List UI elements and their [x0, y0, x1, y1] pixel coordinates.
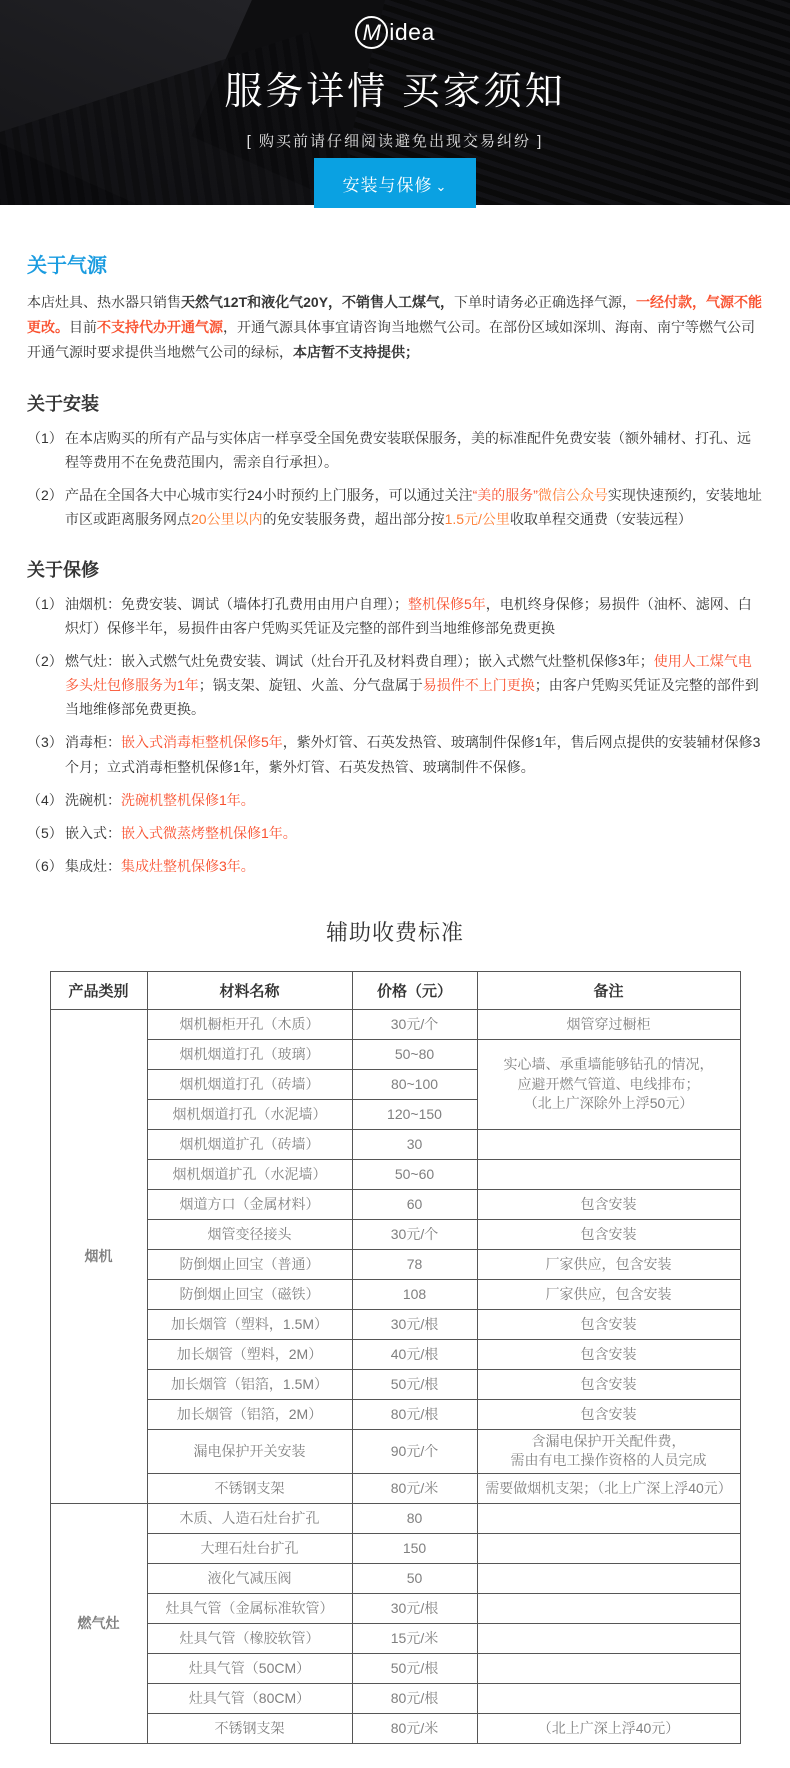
- list-item-text: 油烟机：免费安装、调试（墙体打孔费用由用户自理）；整机保修5年，电机终身保修；易…: [65, 592, 763, 640]
- text-segment: 在本店购买的所有产品与实体店一样享受全国免费安装联保服务，美的标准配件免费安装（…: [65, 430, 751, 470]
- section-heading-gas-source: 关于气源: [27, 249, 763, 278]
- list-item-text: 燃气灶：嵌入式燃气灶免费安装、调试（灶台开孔及材料费自理）；嵌入式燃气灶整机保修…: [65, 649, 763, 721]
- table-row: 烟道方口（金属材料）60包含安装: [50, 1189, 740, 1219]
- table-row: 烟机烟道扩孔（水泥墙）50~60: [50, 1159, 740, 1189]
- text-segment: 产品在全国各大中心城市实行24小时预约上门服务，可以通过关注: [65, 487, 473, 503]
- material-cell: 加长烟管（塑料，2M）: [147, 1339, 352, 1369]
- price-cell: 80元/米: [352, 1474, 477, 1504]
- price-cell: 50元/根: [352, 1654, 477, 1684]
- list-item: （5）嵌入式：嵌入式微蒸烤整机保修1年。: [27, 821, 763, 845]
- install-list: （1）在本店购买的所有产品与实体店一样享受全国免费安装联保服务，美的标准配件免费…: [27, 426, 763, 531]
- price-cell: 80~100: [352, 1069, 477, 1099]
- price-cell: 40元/根: [352, 1339, 477, 1369]
- gas-source-paragraph: 本店灶具、热水器只销售天然气12T和液化气20Y，不销售人工煤气，下单时请务必正…: [27, 290, 763, 365]
- page-title: 服务详情 买家须知: [0, 60, 790, 115]
- text-segment: 本店灶具、热水器只销售: [27, 294, 181, 310]
- text-segment: “美的服务”: [473, 487, 538, 503]
- material-cell: 灶具气管（80CM）: [147, 1684, 352, 1714]
- table-row: 液化气减压阀50: [50, 1564, 740, 1594]
- text-segment: 嵌入式微蒸烤整机保修1年。: [121, 825, 297, 841]
- table-row: 灶具气管（橡胶软管）15元/米: [50, 1624, 740, 1654]
- text-segment: 收取单程交通费（安装远程）: [510, 511, 692, 527]
- list-item-number: （1）: [27, 426, 65, 474]
- text-segment: 嵌入式：: [65, 825, 121, 841]
- table-row: 不锈钢支架80元/米需要做烟机支架；（北上广深上浮40元）: [50, 1474, 740, 1504]
- fee-table-title: 辅助收费标准: [27, 916, 763, 947]
- note-cell: 包含安装: [477, 1219, 740, 1249]
- price-cell: 90元/个: [352, 1429, 477, 1473]
- note-cell: 厂家供应，包含安装: [477, 1249, 740, 1279]
- table-row: 灶具气管（50CM）50元/根: [50, 1654, 740, 1684]
- material-cell: 烟机烟道打孔（玻璃）: [147, 1039, 352, 1069]
- material-cell: 液化气减压阀: [147, 1564, 352, 1594]
- text-segment: 天然气12T和液化气20Y，: [181, 294, 342, 310]
- material-cell: 灶具气管（50CM）: [147, 1654, 352, 1684]
- price-cell: 30: [352, 1129, 477, 1159]
- list-item-number: （4）: [27, 788, 65, 812]
- text-segment: 1.5元/公里: [445, 511, 510, 527]
- price-cell: 30元/个: [352, 1219, 477, 1249]
- table-row: 防倒烟止回宝（普通）78厂家供应，包含安装: [50, 1249, 740, 1279]
- price-cell: 80: [352, 1504, 477, 1534]
- warranty-list: （1）油烟机：免费安装、调试（墙体打孔费用由用户自理）；整机保修5年，电机终身保…: [27, 592, 763, 878]
- text-segment: 下单时请务必正确选择气源，: [454, 294, 636, 310]
- note-cell: [477, 1594, 740, 1624]
- material-cell: 烟机烟道扩孔（水泥墙）: [147, 1159, 352, 1189]
- table-header-row: 产品类别 材料名称 价格（元） 备注: [50, 971, 740, 1009]
- midea-logo-mark-icon: M: [355, 16, 388, 49]
- list-item-number: （3）: [27, 730, 65, 778]
- content-area: 关于气源 本店灶具、热水器只销售天然气12T和液化气20Y，不销售人工煤气，下单…: [0, 205, 790, 1768]
- note-cell: 包含安装: [477, 1309, 740, 1339]
- price-cell: 80元/根: [352, 1399, 477, 1429]
- list-item: （1）油烟机：免费安装、调试（墙体打孔费用由用户自理）；整机保修5年，电机终身保…: [27, 592, 763, 640]
- note-cell: [477, 1129, 740, 1159]
- price-cell: 120~150: [352, 1099, 477, 1129]
- list-item: （1）在本店购买的所有产品与实体店一样享受全国免费安装联保服务，美的标准配件免费…: [27, 426, 763, 474]
- text-segment: 20公里以内: [191, 511, 263, 527]
- text-segment: 目前: [69, 319, 97, 335]
- material-cell: 木质、人造石灶台扩孔: [147, 1504, 352, 1534]
- price-cell: 30元/个: [352, 1009, 477, 1039]
- section-heading-warranty: 关于保修: [27, 556, 763, 582]
- price-cell: 50~60: [352, 1159, 477, 1189]
- list-item-text: 消毒柜：嵌入式消毒柜整机保修5年，紫外灯管、石英发热管、玻璃制件保修1年，售后网…: [65, 730, 763, 778]
- table-row: 灶具气管（80CM）80元/根: [50, 1684, 740, 1714]
- note-cell: 含漏电保护开关配件费， 需由有电工操作资格的人员完成: [477, 1429, 740, 1473]
- table-row: 漏电保护开关安装90元/个含漏电保护开关配件费， 需由有电工操作资格的人员完成: [50, 1429, 740, 1473]
- column-header-note: 备注: [477, 971, 740, 1009]
- material-cell: 加长烟管（塑料，1.5M）: [147, 1309, 352, 1339]
- table-row: 加长烟管（铝箔，1.5M）50元/根包含安装: [50, 1369, 740, 1399]
- list-item: （4）洗碗机：洗碗机整机保修1年。: [27, 788, 763, 812]
- table-row: 加长烟管（塑料，2M）40元/根包含安装: [50, 1339, 740, 1369]
- section-heading-install: 关于安装: [27, 390, 763, 416]
- fee-table: 产品类别 材料名称 价格（元） 备注 烟机烟机橱柜开孔（木质）30元/个烟管穿过…: [50, 971, 741, 1744]
- price-cell: 50: [352, 1564, 477, 1594]
- list-item: （3）消毒柜：嵌入式消毒柜整机保修5年，紫外灯管、石英发热管、玻璃制件保修1年，…: [27, 730, 763, 778]
- table-row: 烟机烟道打孔（玻璃）50~80实心墙、承重墙能够钻孔的情况， 应避开燃气管道、电…: [50, 1039, 740, 1069]
- midea-logo-text: idea: [389, 19, 434, 45]
- note-cell: （北上广深上浮40元）: [477, 1714, 740, 1744]
- material-cell: 加长烟管（铝箔，1.5M）: [147, 1369, 352, 1399]
- material-cell: 烟机烟道打孔（砖墙）: [147, 1069, 352, 1099]
- column-header-material: 材料名称: [147, 971, 352, 1009]
- material-cell: 防倒烟止回宝（普通）: [147, 1249, 352, 1279]
- material-cell: 烟道方口（金属材料）: [147, 1189, 352, 1219]
- note-cell: [477, 1624, 740, 1654]
- text-segment: ；锅支架、旋钮、火盖、分气盘属于: [199, 677, 423, 693]
- price-cell: 150: [352, 1534, 477, 1564]
- text-segment: 本店暂不支持提供；: [293, 344, 419, 360]
- material-cell: 大理石灶台扩孔: [147, 1534, 352, 1564]
- table-row: 烟机烟道扩孔（砖墙）30: [50, 1129, 740, 1159]
- note-cell: 包含安装: [477, 1189, 740, 1219]
- table-row: 大理石灶台扩孔150: [50, 1534, 740, 1564]
- install-warranty-tab-label: 安装与保修: [343, 176, 433, 195]
- price-cell: 50元/根: [352, 1369, 477, 1399]
- material-cell: 不锈钢支架: [147, 1474, 352, 1504]
- table-row: 燃气灶木质、人造石灶台扩孔80: [50, 1504, 740, 1534]
- text-segment: 洗碗机整机保修1年。: [121, 792, 255, 808]
- note-cell: [477, 1654, 740, 1684]
- table-row: 加长烟管（塑料，1.5M）30元/根包含安装: [50, 1309, 740, 1339]
- table-row: 不锈钢支架80元/米（北上广深上浮40元）: [50, 1714, 740, 1744]
- material-cell: 防倒烟止回宝（磁铁）: [147, 1279, 352, 1309]
- material-cell: 烟机烟道扩孔（砖墙）: [147, 1129, 352, 1159]
- category-cell: 燃气灶: [50, 1504, 147, 1744]
- note-cell: 包含安装: [477, 1399, 740, 1429]
- list-item: （6）集成灶：集成灶整机保修3年。: [27, 854, 763, 878]
- note-cell: [477, 1684, 740, 1714]
- price-cell: 15元/米: [352, 1624, 477, 1654]
- column-header-price: 价格（元）: [352, 971, 477, 1009]
- note-cell: 需要做烟机支架；（北上广深上浮40元）: [477, 1474, 740, 1504]
- table-row: 防倒烟止回宝（磁铁）108厂家供应，包含安装: [50, 1279, 740, 1309]
- fee-table-body: 烟机烟机橱柜开孔（木质）30元/个烟管穿过橱柜烟机烟道打孔（玻璃）50~80实心…: [50, 1009, 740, 1743]
- text-segment: 整机保修5年: [408, 596, 486, 612]
- midea-logo: Midea: [0, 15, 790, 49]
- text-segment: 燃气灶：嵌入式燃气灶免费安装、调试（灶台开孔及材料费自理）；嵌入式燃气灶整机保修…: [65, 653, 654, 669]
- price-cell: 108: [352, 1279, 477, 1309]
- price-cell: 50~80: [352, 1039, 477, 1069]
- category-cell: 烟机: [50, 1009, 147, 1503]
- note-cell: 包含安装: [477, 1369, 740, 1399]
- text-segment: 嵌入式消毒柜整机保修5年: [121, 734, 283, 750]
- material-cell: 烟机烟道打孔（水泥墙）: [147, 1099, 352, 1129]
- price-cell: 80元/根: [352, 1684, 477, 1714]
- list-item-number: （5）: [27, 821, 65, 845]
- install-warranty-tab-button[interactable]: 安装与保修⌄: [314, 158, 476, 208]
- table-row: 烟管变径接头30元/个包含安装: [50, 1219, 740, 1249]
- table-row: 烟机烟机橱柜开孔（木质）30元/个烟管穿过橱柜: [50, 1009, 740, 1039]
- text-segment: 集成灶：: [65, 858, 121, 874]
- list-item: （2）燃气灶：嵌入式燃气灶免费安装、调试（灶台开孔及材料费自理）；嵌入式燃气灶整…: [27, 649, 763, 721]
- material-cell: 灶具气管（橡胶软管）: [147, 1624, 352, 1654]
- material-cell: 烟机橱柜开孔（木质）: [147, 1009, 352, 1039]
- text-segment: 油烟机：免费安装、调试（墙体打孔费用由用户自理）；: [65, 596, 408, 612]
- list-item-text: 嵌入式：嵌入式微蒸烤整机保修1年。: [65, 821, 763, 845]
- chevron-down-icon: ⌄: [436, 179, 448, 194]
- list-item-number: （1）: [27, 592, 65, 640]
- price-cell: 60: [352, 1189, 477, 1219]
- note-cell: [477, 1564, 740, 1594]
- price-cell: 30元/根: [352, 1594, 477, 1624]
- note-cell: [477, 1159, 740, 1189]
- list-item-number: （2）: [27, 483, 65, 531]
- page-subtitle: [ 购买前请仔细阅读避免出现交易纠纷 ]: [0, 130, 790, 151]
- material-cell: 不锈钢支架: [147, 1714, 352, 1744]
- list-item-number: （6）: [27, 854, 65, 878]
- material-cell: 加长烟管（铝箔，2M）: [147, 1399, 352, 1429]
- price-cell: 30元/根: [352, 1309, 477, 1339]
- list-item-text: 在本店购买的所有产品与实体店一样享受全国免费安装联保服务，美的标准配件免费安装（…: [65, 426, 763, 474]
- list-item-text: 集成灶：集成灶整机保修3年。: [65, 854, 763, 878]
- text-segment: 消毒柜：: [65, 734, 121, 750]
- note-cell: 厂家供应，包含安装: [477, 1279, 740, 1309]
- text-segment: 的免安装服务费，超出部分按: [263, 511, 445, 527]
- list-item: （2）产品在全国各大中心城市实行24小时预约上门服务，可以通过关注“美的服务”微…: [27, 483, 763, 531]
- text-segment: 洗碗机：: [65, 792, 121, 808]
- table-row: 加长烟管（铝箔，2M）80元/根包含安装: [50, 1399, 740, 1429]
- text-segment: 不支持代办开通气源: [97, 319, 223, 335]
- text-segment: 集成灶整机保修3年。: [121, 858, 255, 874]
- note-cell: [477, 1534, 740, 1564]
- note-cell: 包含安装: [477, 1339, 740, 1369]
- note-cell: 实心墙、承重墙能够钻孔的情况， 应避开燃气管道、电线排布； （北上广深除外上浮5…: [477, 1039, 740, 1129]
- column-header-category: 产品类别: [50, 971, 147, 1009]
- text-segment: 微信公众号: [538, 487, 608, 503]
- list-item-number: （2）: [27, 649, 65, 721]
- material-cell: 烟管变径接头: [147, 1219, 352, 1249]
- price-cell: 78: [352, 1249, 477, 1279]
- material-cell: 漏电保护开关安装: [147, 1429, 352, 1473]
- table-row: 灶具气管（金属标准软管）30元/根: [50, 1594, 740, 1624]
- list-item-text: 产品在全国各大中心城市实行24小时预约上门服务，可以通过关注“美的服务”微信公众…: [65, 483, 763, 531]
- note-cell: 烟管穿过橱柜: [477, 1009, 740, 1039]
- list-item-text: 洗碗机：洗碗机整机保修1年。: [65, 788, 763, 812]
- text-segment: 不销售人工煤气，: [342, 294, 454, 310]
- service-detail-page: Midea 服务详情 买家须知 [ 购买前请仔细阅读避免出现交易纠纷 ] 安装与…: [0, 0, 790, 1768]
- material-cell: 灶具气管（金属标准软管）: [147, 1594, 352, 1624]
- note-cell: [477, 1504, 740, 1534]
- text-segment: 易损件不上门更换: [423, 677, 535, 693]
- price-cell: 80元/米: [352, 1714, 477, 1744]
